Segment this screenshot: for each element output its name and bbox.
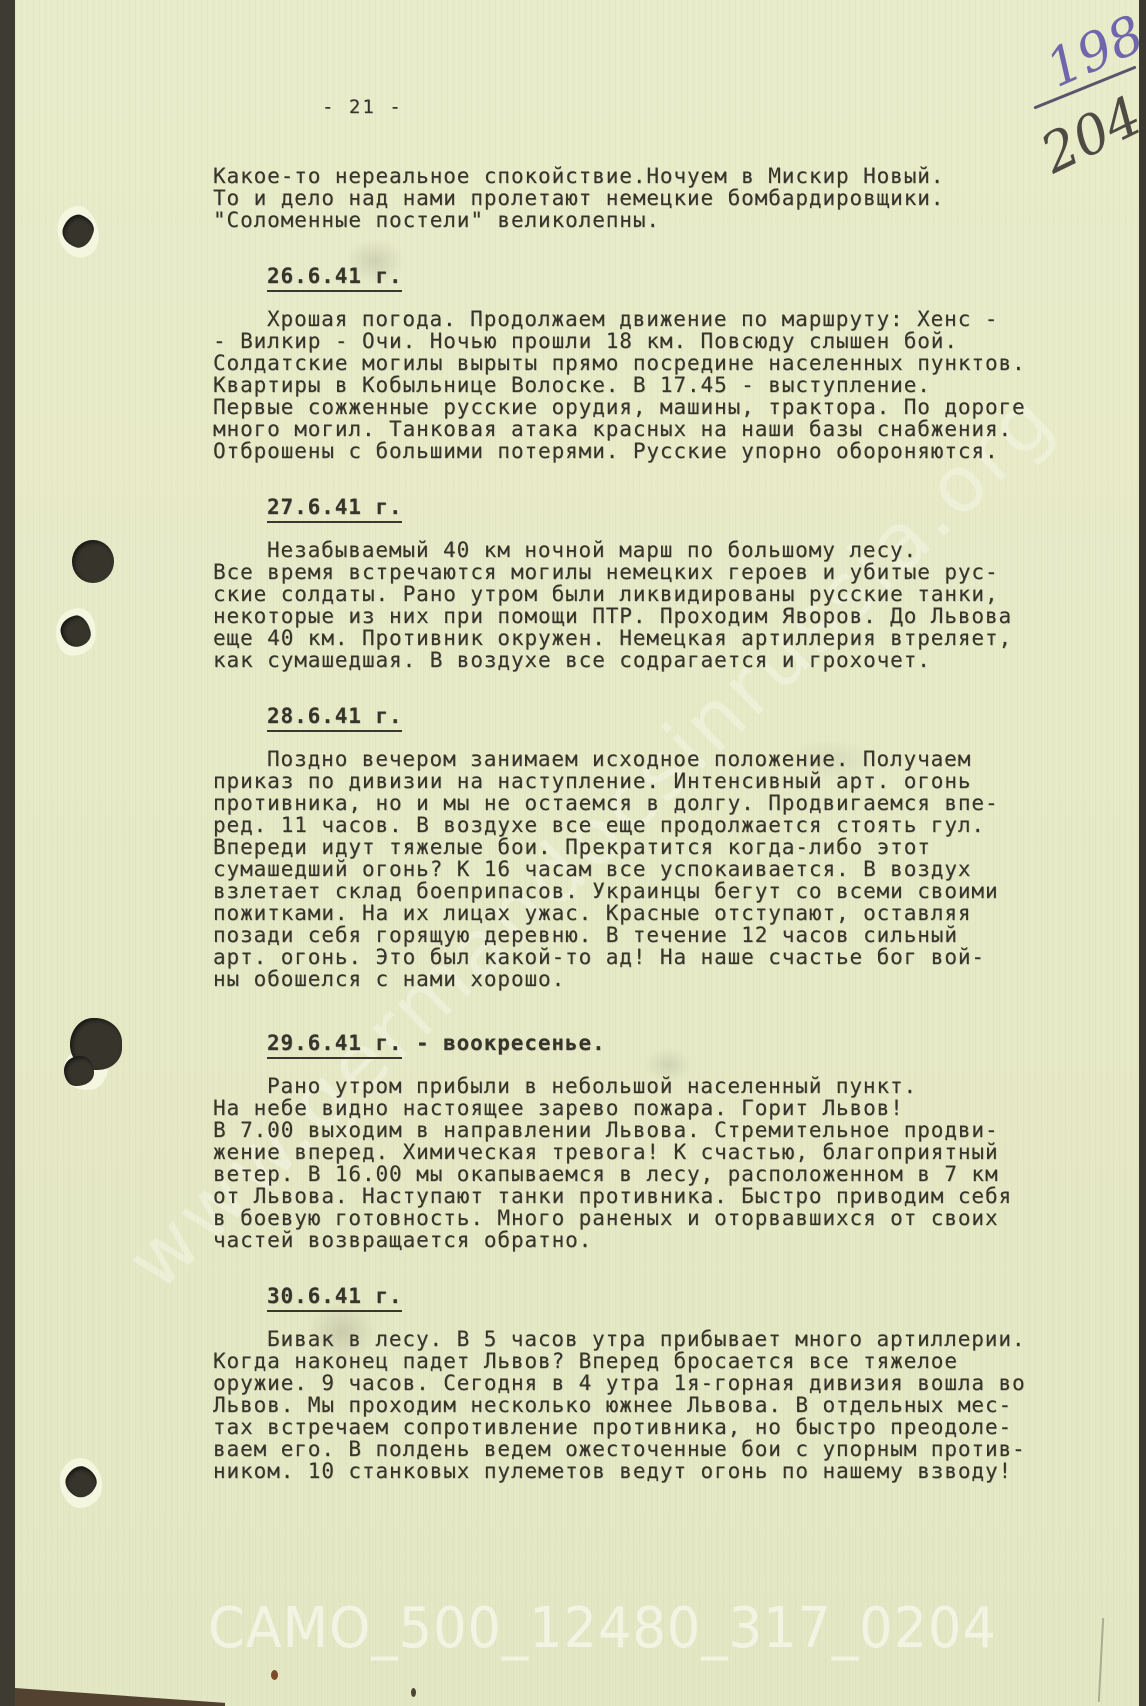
paper-speck <box>271 1670 278 1680</box>
punch-hole <box>58 206 98 258</box>
entry-date: 29.6.41 г. <box>267 1032 402 1059</box>
scanned-archive-page: { "page": { "number_label": "- 21 -", "h… <box>0 0 1146 1706</box>
intro-paragraph: Какое-то нереальное спокойствие.Ночуем в… <box>213 165 1083 231</box>
entry-date: 26.6.41 г. <box>267 265 402 292</box>
diary-entry: 30.6.41 г. Бивак в лесу. В 5 часов утра … <box>213 1285 1083 1482</box>
entry-date-suffix: - воокресенье. <box>402 1031 605 1055</box>
hole-opening <box>64 1056 94 1086</box>
punch-hole <box>60 1458 102 1508</box>
entry-body: Рано утром прибыли в небольшой населенны… <box>213 1075 1083 1251</box>
entry-heading: 27.6.41 г. <box>267 496 1083 523</box>
hole-opening <box>72 540 114 583</box>
page-number: - 21 - <box>322 96 403 118</box>
entry-heading: 26.6.41 г. <box>267 265 1083 292</box>
entry-body: Поздно вечером занимаем исходное положен… <box>213 748 1083 990</box>
paper-speck <box>411 1688 416 1697</box>
diary-entry: 28.6.41 г. Поздно вечером занимаем исход… <box>213 705 1083 990</box>
entry-body: Незабываемый 40 км ночной марш по большо… <box>213 539 1083 671</box>
entry-date: 28.6.41 г. <box>267 705 402 732</box>
entry-body: Хрошая погода. Продолжаем движение по ма… <box>213 308 1083 462</box>
punch-hole <box>62 1018 124 1090</box>
punch-hole <box>72 540 114 583</box>
diary-entry: 27.6.41 г. Незабываемый 40 км ночной мар… <box>213 496 1083 671</box>
entry-heading: 28.6.41 г. <box>267 705 1083 732</box>
scan-edge-right <box>1139 0 1146 1706</box>
entry-date: 27.6.41 г. <box>267 496 402 523</box>
diary-entry: 26.6.41 г. Хрошая погода. Продолжаем дви… <box>213 265 1083 462</box>
entry-heading: 30.6.41 г. <box>267 1285 1083 1312</box>
punch-hole <box>56 608 96 656</box>
entry-heading: 29.6.41 г. - воокресенье. <box>267 1032 1083 1059</box>
diary-entry: 29.6.41 г. - воокресенье. Рано утром при… <box>213 1032 1083 1251</box>
entry-date: 30.6.41 г. <box>267 1285 402 1312</box>
entry-body: Бивак в лесу. В 5 часов утра прибывает м… <box>213 1328 1083 1482</box>
diary-text-block: Какое-то нереальное спокойствие.Ночуем в… <box>213 165 1083 1482</box>
